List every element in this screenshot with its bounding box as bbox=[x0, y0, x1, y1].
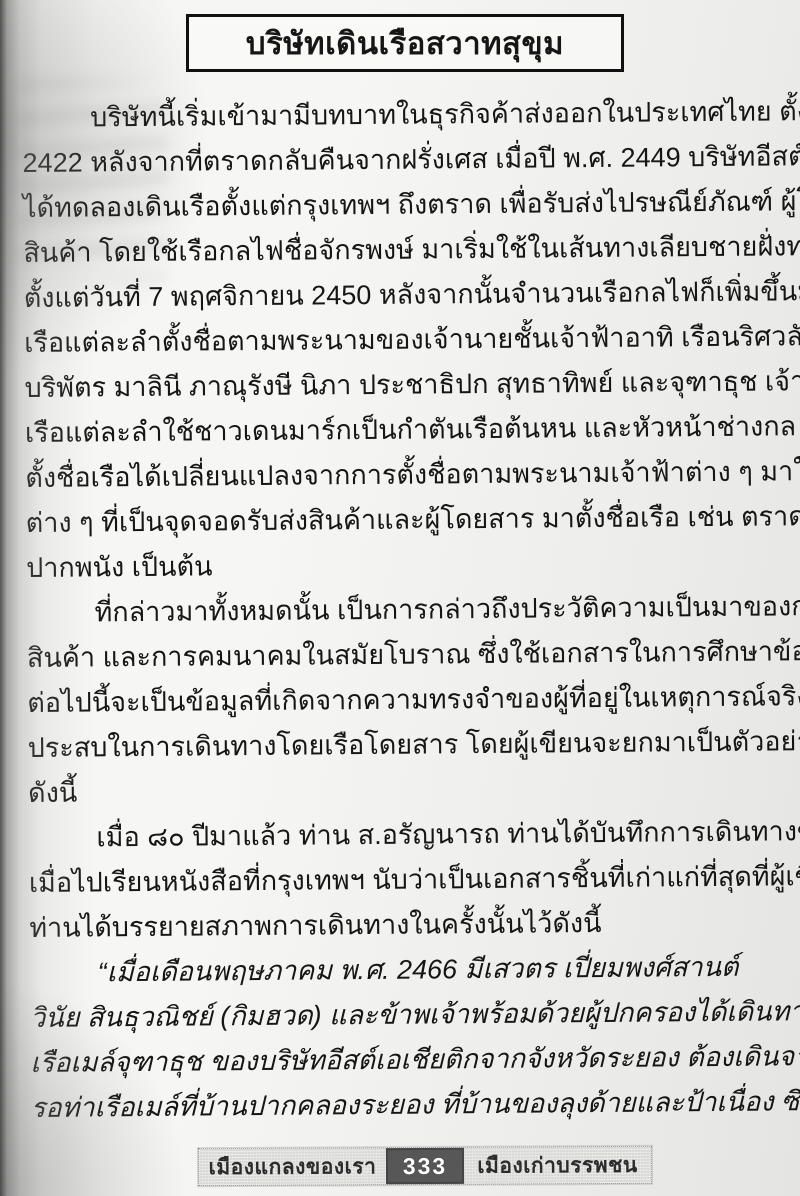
text-line: รอท่าเรือเมล์ที่บ้านปากคลองระยอง ที่บ้าน… bbox=[31, 1079, 793, 1131]
paragraph: ที่กล่าวมาทั้งหมดนั้น เป็นการกล่าวถึงประ… bbox=[26, 584, 790, 816]
page-title: บริษัทเดินเรือสวาทสุขุม bbox=[246, 18, 564, 68]
text-line: ท่านได้บรรยายสภาพการเดินทางในครั้งนั้นไว… bbox=[29, 899, 791, 951]
text-line: ตั้งชื่อเรือได้เปลี่ยนแปลงจากการตั้งชื่อ… bbox=[25, 449, 787, 501]
paragraph: บริษัทนี้เริ่มเข้ามามีบทบาทในธุรกิจค้าส่… bbox=[22, 89, 788, 591]
text-line: วินัย สินธุวณิชย์ (กิมฮวด) และข้าพเจ้าพร… bbox=[30, 989, 792, 1041]
footer-right-label: เมืองเก่าบรรพชน bbox=[464, 1147, 651, 1184]
page-title-box: บริษัทเดินเรือสวาทสุขุม bbox=[186, 14, 624, 72]
text-line: สินค้า และการคมนาคมในสมัยโบราณ ซึ่งใช้เอ… bbox=[27, 629, 789, 681]
paragraph: “เมื่อเดือนพฤษภาคม พ.ศ. 2466 มีเสวตร เปี… bbox=[29, 944, 793, 1131]
text-line: เรือแต่ละลำใช้ชาวเดนมาร์กเป็นกำตันเรือต้… bbox=[25, 404, 787, 456]
text-line: ดังนี้ bbox=[28, 764, 790, 816]
text-line: ต่อไปนี้จะเป็นข้อมูลที่เกิดจากความทรงจำข… bbox=[27, 674, 789, 726]
footer-bar: เมืองแกลงของเรา 333 เมืองเก่าบรรพชน bbox=[198, 1146, 652, 1186]
text-line: ประสบในการเดินทางโดยเรือโดยสาร โดยผู้เขี… bbox=[27, 719, 789, 771]
text-line: ได้ทดลองเดินเรือตั้งแต่กรุงเทพฯ ถึงตราด … bbox=[23, 179, 785, 231]
footer-left-label: เมืองแกลงของเรา bbox=[199, 1148, 386, 1185]
text-line: เรือแต่ละลำตั้งชื่อตามพระนามของเจ้านายชั… bbox=[24, 314, 786, 366]
text-line: บริพัตร มาลินี ภาณุรังษี นิภา ประชาธิปก … bbox=[24, 359, 786, 411]
text-line: เรือเมล์จุฑาธุช ของบริษัทอีสต์เอเชียติกจ… bbox=[30, 1034, 792, 1086]
text-line: ตั้งแต่วันที่ 7 พฤศจิกายน 2450 หลังจากนั… bbox=[24, 269, 786, 321]
scanned-book-page: บริษัทเดินเรือสวาทสุขุม บริษัทนี้เริ่มเข… bbox=[0, 0, 800, 1196]
text-line: “เมื่อเดือนพฤษภาคม พ.ศ. 2466 มีเสวตร เปี… bbox=[29, 944, 791, 996]
text-line: ที่กล่าวมาทั้งหมดนั้น เป็นการกล่าวถึงประ… bbox=[26, 584, 788, 636]
text-line: 2422 หลังจากที่ตราดกลับคืนจากฝรั่งเศส เม… bbox=[22, 134, 784, 186]
text-line: ปากพนัง เป็นต้น bbox=[26, 539, 788, 591]
text-line: บริษัทนี้เริ่มเข้ามามีบทบาทในธุรกิจค้าส่… bbox=[22, 89, 784, 141]
text-line: เมื่อไปเรียนหนังสือที่กรุงเทพฯ นับว่าเป็… bbox=[29, 854, 791, 906]
page-number-badge: 333 bbox=[386, 1148, 464, 1184]
text-line: ต่าง ๆ ที่เป็นจุดจอดรับส่งสินค้าและผู้โด… bbox=[26, 494, 788, 546]
text-line: สินค้า โดยใช้เรือกลไฟชื่อจักรพงษ์ มาเริ่… bbox=[23, 224, 785, 276]
text-line: เมื่อ ๘๐ ปีมาแล้ว ท่าน ส.อรัญนารถ ท่านได… bbox=[28, 809, 790, 861]
paragraph: เมื่อ ๘๐ ปีมาแล้ว ท่าน ส.อรัญนารถ ท่านได… bbox=[28, 809, 791, 951]
text-content: บริษัทนี้เริ่มเข้ามามีบทบาทในธุรกิจค้าส่… bbox=[22, 89, 793, 1131]
